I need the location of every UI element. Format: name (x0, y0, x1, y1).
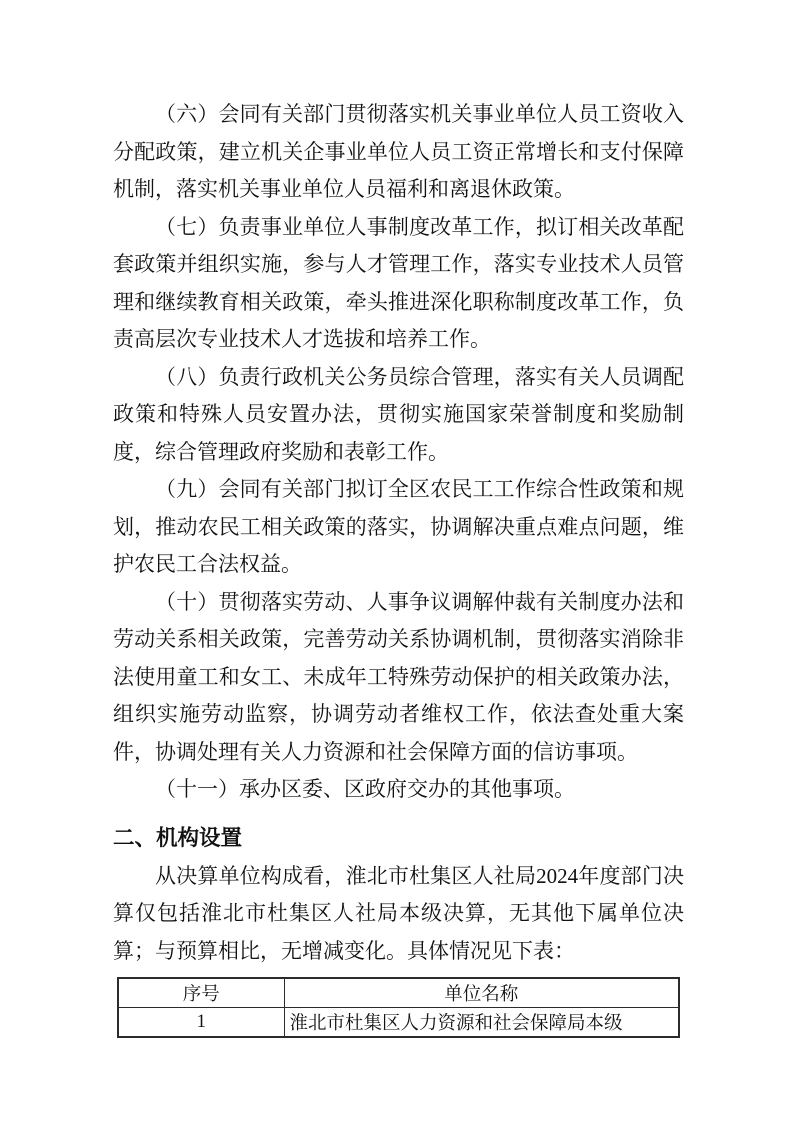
paragraph-duty-7: （七）负责事业单位人事制度改革工作，拟订相关改革配套政策并组织实施，参与人才管理… (113, 209, 684, 359)
paragraph-duty-6: （六）会同有关部门贯彻落实机关事业单位人员工资收入分配政策，建立机关企事业单位人… (113, 96, 684, 209)
table-row: 1 淮北市杜集区人力资源和社会保障局本级 (118, 1008, 679, 1038)
section-heading-organization: 二、机构设置 (113, 819, 684, 857)
table-header-row: 序号 单位名称 (118, 978, 679, 1008)
document-page: （六）会同有关部门贯彻落实机关事业单位人员工资收入分配政策，建立机关企事业单位人… (0, 0, 794, 1122)
paragraph-duty-10: （十）贯彻落实劳动、人事争议调解仲裁有关制度办法和劳动关系相关政策，完善劳动关系… (113, 584, 684, 772)
table-cell-unit-name: 淮北市杜集区人力资源和社会保障局本级 (284, 1008, 679, 1038)
unit-list-table: 序号 单位名称 1 淮北市杜集区人力资源和社会保障局本级 (117, 977, 680, 1038)
paragraph-duty-8: （八）负责行政机关公务员综合管理，落实有关人员调配政策和特殊人员安置办法，贯彻实… (113, 359, 684, 472)
section-intro-paragraph: 从决算单位构成看，淮北市杜集区人社局2024年度部门决算仅包括淮北市杜集区人社局… (113, 858, 684, 971)
paragraph-duty-11: （十一）承办区委、区政府交办的其他事项。 (113, 771, 684, 809)
table-header-serial-number: 序号 (118, 978, 284, 1008)
table-cell-serial-number: 1 (118, 1008, 284, 1038)
table-header-unit-name: 单位名称 (284, 978, 679, 1008)
paragraph-duty-9: （九）会同有关部门拟订全区农民工工作综合性政策和规划，推动农民工相关政策的落实，… (113, 471, 684, 584)
